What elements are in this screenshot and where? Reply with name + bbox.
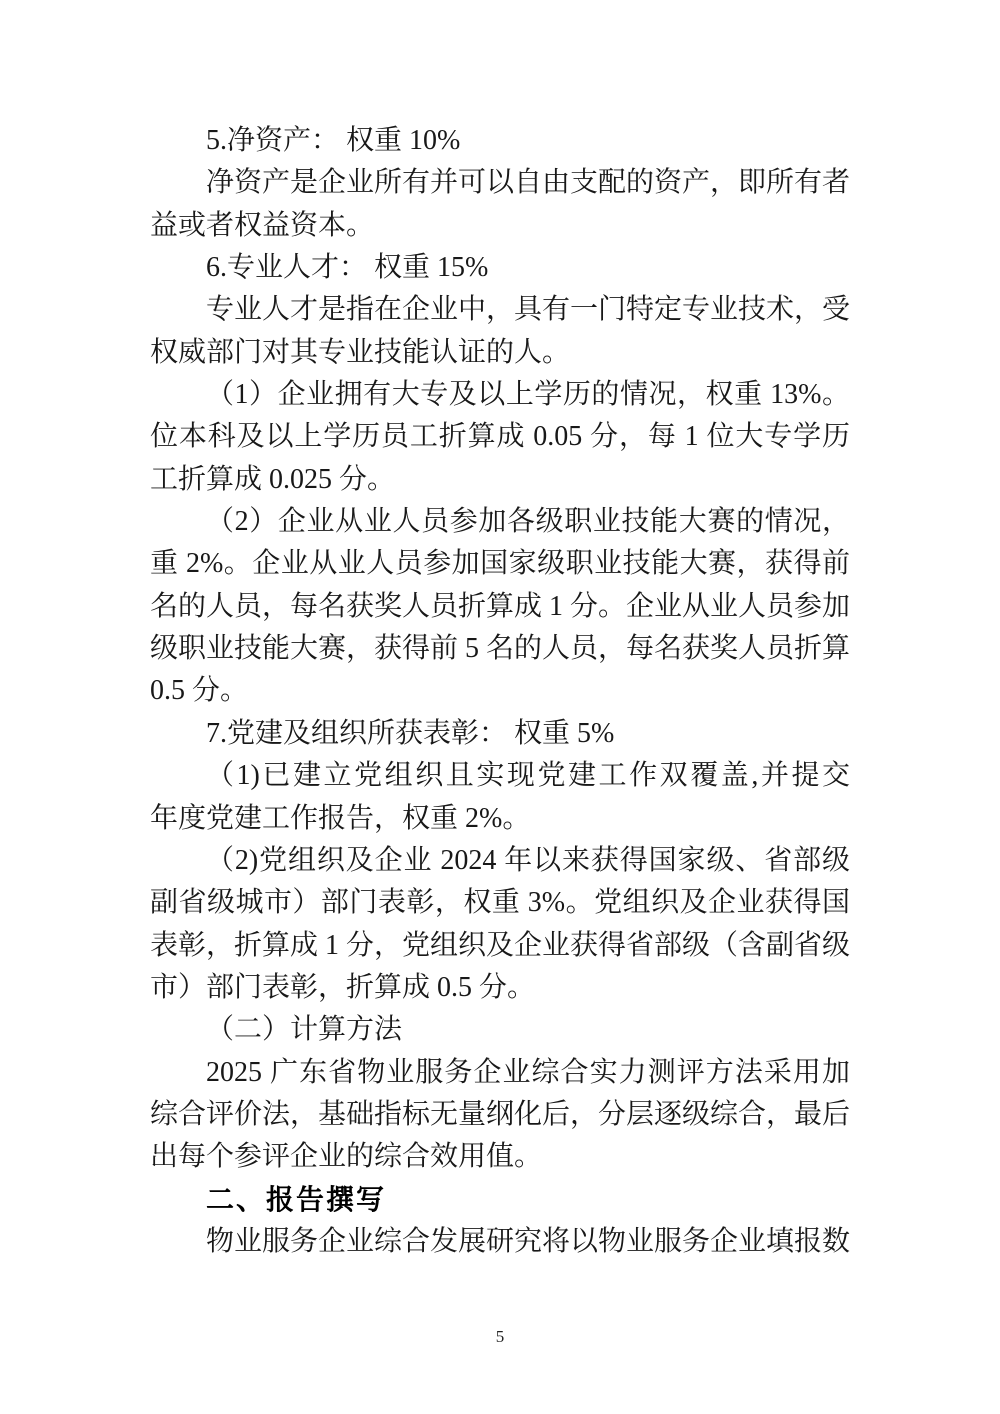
- doc-line: 益或者权益资本。: [150, 205, 850, 247]
- doc-line: （1）企业拥有大专及以上学历的情况，权重 13%。每 1: [150, 374, 850, 416]
- doc-line: 综合评价法，基础指标无量纲化后，分层逐级综合，最后得: [150, 1094, 850, 1136]
- doc-line: 副省级城市）部门表彰，权重 3%。党组织及企业获得国家级: [150, 882, 850, 924]
- doc-line: 净资产是企业所有并可以自由支配的资产，即所有者权: [150, 162, 850, 204]
- doc-line: 重 2%。企业从业人员参加国家级职业技能大赛，获得前 15: [150, 543, 850, 585]
- heading-item-7-party-building: 7.党建及组织所获表彰： 权重 5%: [150, 713, 850, 755]
- heading-calculation-method: （二）计算方法: [150, 1009, 850, 1051]
- doc-line: 级职业技能大赛，获得前 5 名的人员，每名获奖人员折算成: [150, 628, 850, 670]
- doc-line: （2)党组织及企业 2024 年以来获得国家级、省部级(含: [150, 840, 850, 882]
- doc-line: 名的人员，每名获奖人员折算成 1 分。企业从业人员参加省: [150, 586, 850, 628]
- doc-line: 位本科及以上学历员工折算成 0.05 分，每 1 位大专学历员: [150, 416, 850, 458]
- doc-line: 物业服务企业综合发展研究将以物业服务企业填报数: [150, 1221, 850, 1263]
- doc-line: （2）企业从业人员参加各级职业技能大赛的情况，权: [150, 501, 850, 543]
- doc-line: 市）部门表彰，折算成 0.5 分。: [150, 967, 850, 1009]
- doc-line: 2025 广东省物业服务企业综合实力测评方法采用加权: [150, 1052, 850, 1094]
- document-body: 5.净资产： 权重 10% 净资产是企业所有并可以自由支配的资产，即所有者权 益…: [150, 120, 850, 1263]
- page-number: 5: [0, 1326, 1000, 1348]
- heading-item-5-net-assets: 5.净资产： 权重 10%: [150, 120, 850, 162]
- doc-line: 出每个参评企业的综合效用值。: [150, 1136, 850, 1178]
- doc-line: 权威部门对其专业技能认证的人。: [150, 332, 850, 374]
- doc-line: 工折算成 0.025 分。: [150, 459, 850, 501]
- doc-line: 年度党建工作报告，权重 2%。: [150, 798, 850, 840]
- heading-report-writing: 二、报告撰写: [150, 1179, 850, 1221]
- doc-line: 表彰，折算成 1 分，党组织及企业获得省部级（含副省级城: [150, 925, 850, 967]
- doc-line: 0.5 分。: [150, 670, 850, 712]
- document-page: 5.净资产： 权重 10% 净资产是企业所有并可以自由支配的资产，即所有者权 益…: [0, 0, 1000, 1414]
- doc-line: （1)已建立党组织且实现党建工作双覆盖,并提交 2024: [150, 755, 850, 797]
- heading-item-6-professionals: 6.专业人才： 权重 15%: [150, 247, 850, 289]
- doc-line: 专业人才是指在企业中，具有一门特定专业技术，受到: [150, 289, 850, 331]
